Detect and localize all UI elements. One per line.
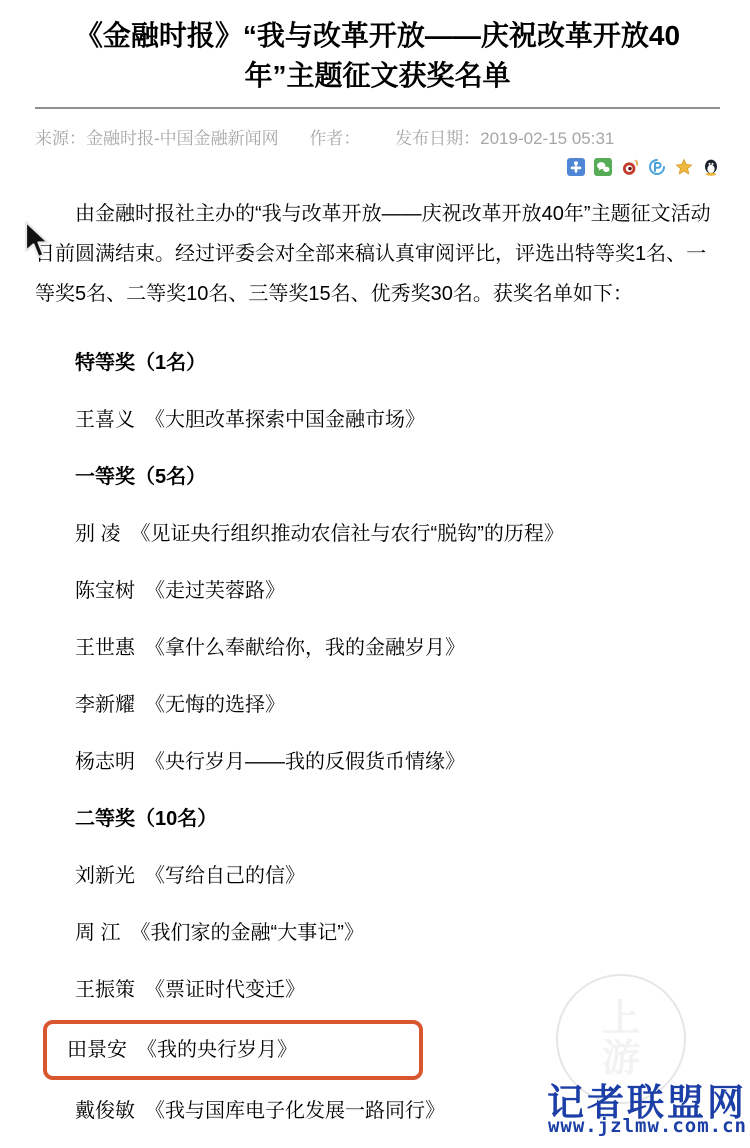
source-label: 来源： — [35, 129, 86, 148]
section-heading-second-prize: 二等奖（10名） — [35, 806, 720, 832]
site-watermark-url: www.jzlmw.com.cn — [548, 1115, 747, 1137]
award-entry: 王世惠 《拿什么奉献给你，我的金融岁月》 — [35, 635, 720, 661]
article-meta: 来源：金融时报-中国金融新闻网 作者： 发布日期：2019-02-15 05:3… — [35, 124, 720, 149]
award-entry: 李新耀 《无悔的选择》 — [35, 692, 720, 718]
award-entry: 别 凌 《见证央行组织推动农信社与农行“脱钩”的历程》 — [35, 521, 720, 547]
award-entry: 杨志明 《央行岁月——我的反假货币情缘》 — [35, 749, 720, 775]
award-entry: 周 江 《我们家的金融“大事记”》 — [35, 920, 720, 946]
award-entry: 王喜义 《大胆改革探索中国金融市场》 — [35, 407, 720, 433]
title-divider — [35, 107, 720, 109]
share-more-icon[interactable] — [567, 158, 585, 176]
wechat-icon[interactable] — [594, 158, 612, 176]
page-title: 《金融时报》“我与改革开放——庆祝改革开放40年”主题征文获奖名单 — [41, 16, 714, 96]
weibo-icon[interactable] — [621, 158, 639, 176]
highlight-annotation-box: 田景安 《我的央行岁月》 — [43, 1020, 423, 1080]
publish-date-label: 发布日期： — [395, 129, 480, 148]
source-value: 金融时报-中国金融新闻网 — [86, 129, 279, 148]
publish-date: 2019-02-15 05:31 — [480, 129, 614, 148]
qzone-star-icon[interactable] — [675, 158, 693, 176]
article-page: 《金融时报》“我与改革开放——庆祝改革开放40年”主题征文获奖名单 来源：金融时… — [0, 0, 750, 1124]
award-entry: 王振策 《票证时代变迁》 — [35, 977, 720, 1003]
author-label: 作者： — [309, 129, 360, 148]
share-toolbar — [35, 158, 720, 176]
section-heading-special-prize: 特等奖（1名） — [35, 350, 720, 376]
pengyou-icon[interactable] — [648, 158, 666, 176]
section-heading-first-prize: 一等奖（5名） — [35, 464, 720, 490]
intro-paragraph: 由金融时报社主办的“我与改革开放——庆祝改革开放40年”主题征文活动日前圆满结束… — [35, 194, 720, 314]
award-entry: 刘新光 《写给自己的信》 — [35, 863, 720, 889]
award-entry: 陈宝树 《走过芙蓉路》 — [35, 578, 720, 604]
qq-icon[interactable] — [702, 158, 720, 176]
award-entry-highlighted: 田景安 《我的央行岁月》 — [47, 1037, 399, 1063]
